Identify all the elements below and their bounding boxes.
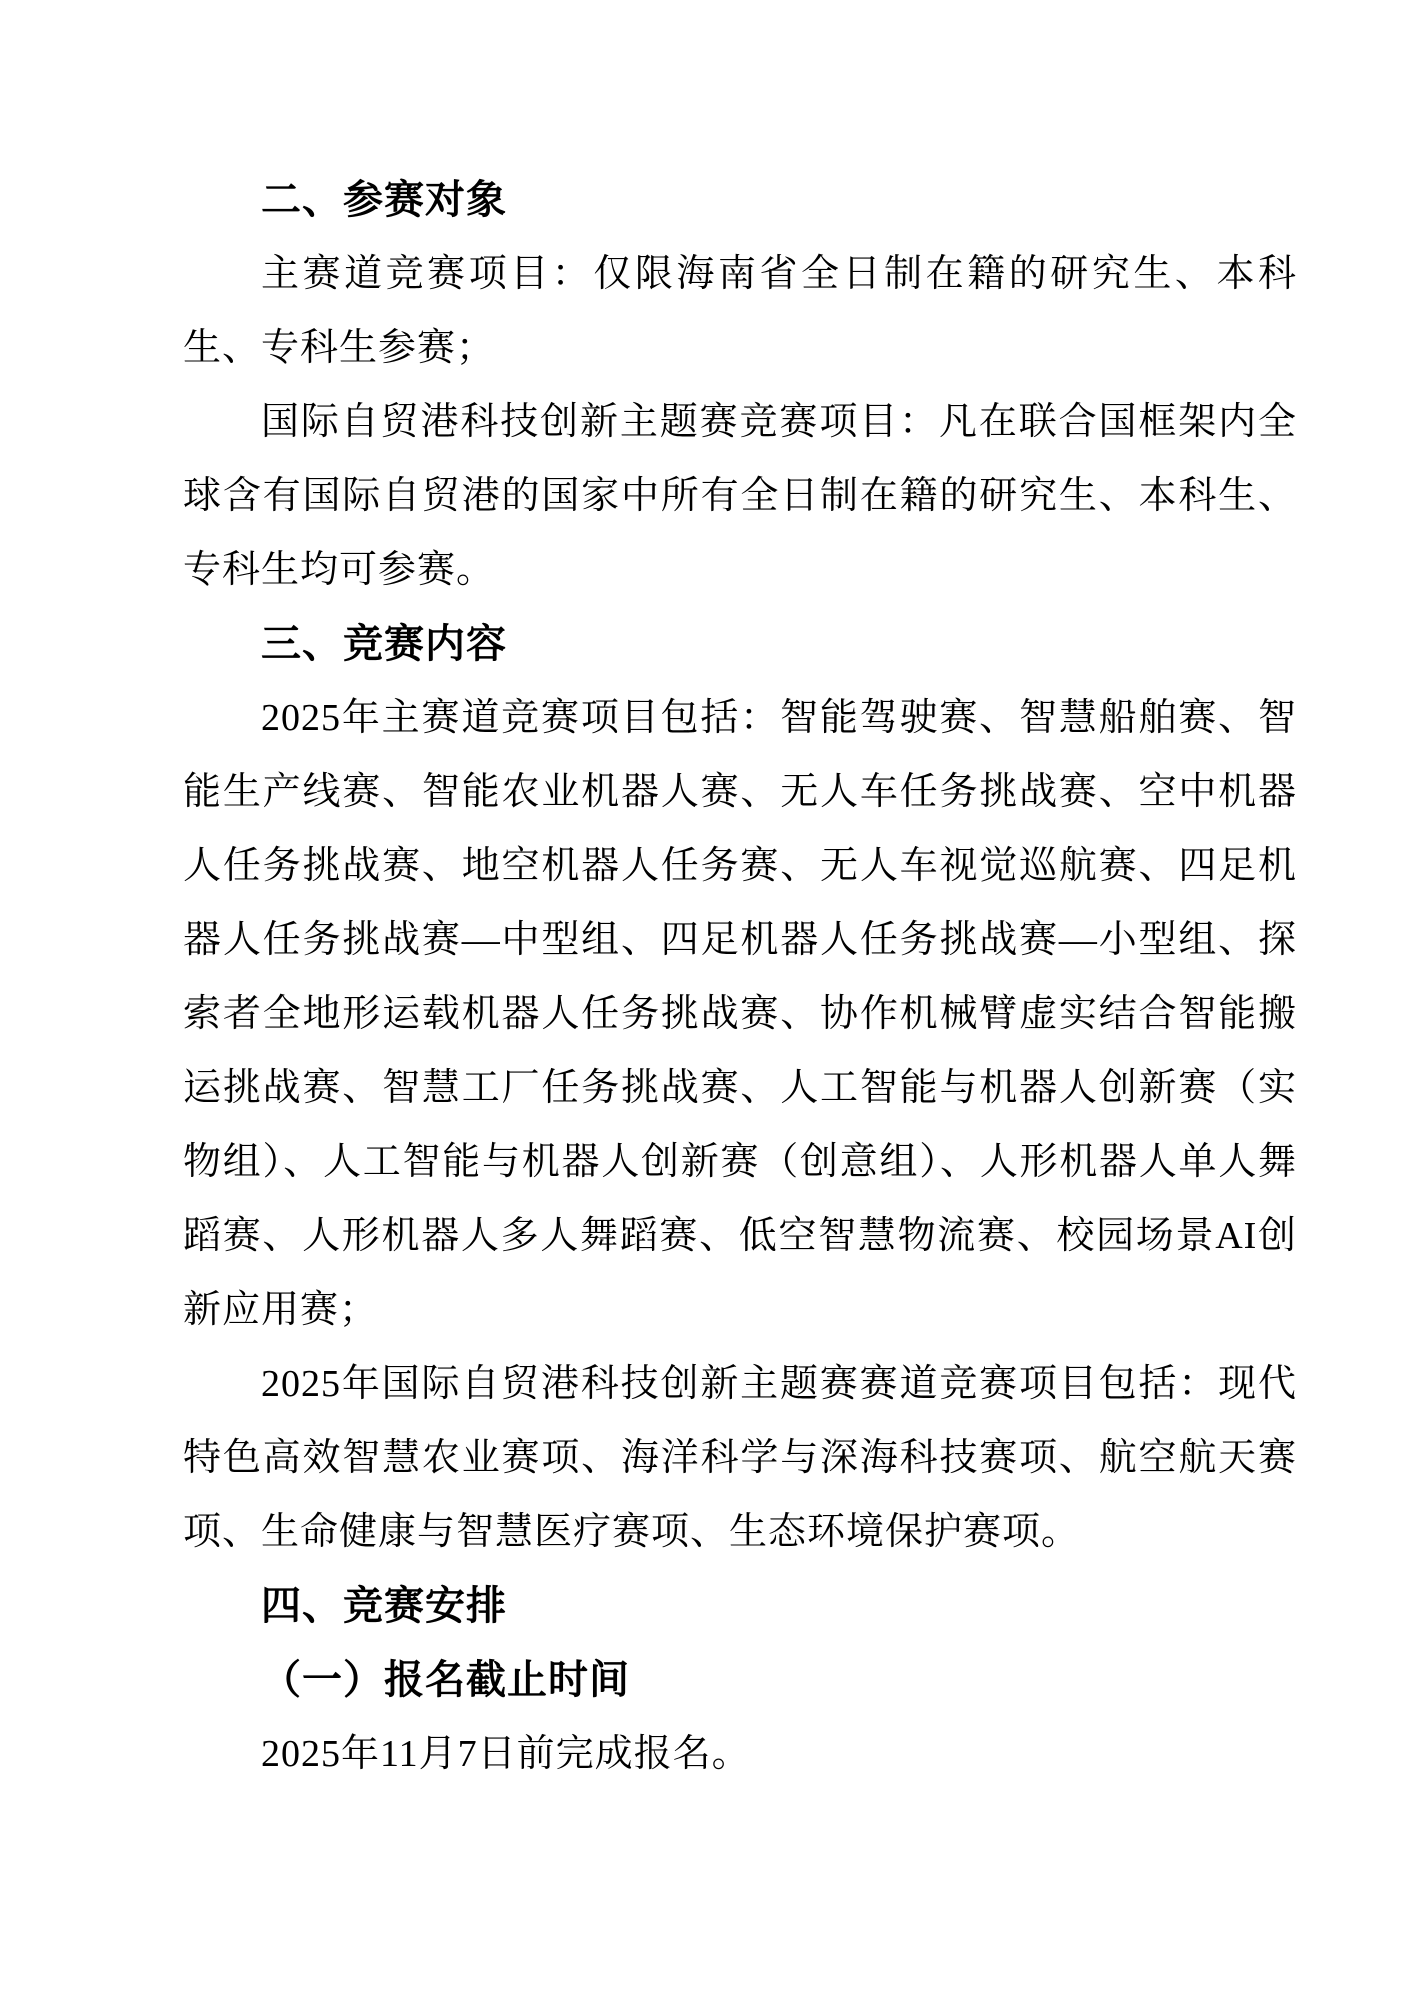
document-page: 二、参赛对象 主赛道竞赛项目：仅限海南省全日制在籍的研究生、本科生、专科生参赛；…: [0, 0, 1414, 2000]
document-content: 二、参赛对象 主赛道竞赛项目：仅限海南省全日制在籍的研究生、本科生、专科生参赛；…: [183, 163, 1297, 1791]
paragraph-free-trade-port-eligibility: 国际自贸港科技创新主题赛竞赛项目：凡在联合国框架内全球含有国际自贸港的国家中所有…: [183, 385, 1297, 607]
subheading-registration-deadline: （一）报名截止时间: [183, 1643, 1297, 1717]
paragraph-free-trade-port-events: 2025年国际自贸港科技创新主题赛赛道竞赛项目包括：现代特色高效智慧农业赛项、海…: [183, 1347, 1297, 1569]
paragraph-main-track-events: 2025年主赛道竞赛项目包括：智能驾驶赛、智慧船舶赛、智能生产线赛、智能农业机器…: [183, 681, 1297, 1347]
section-heading-competition-schedule: 四、竞赛安排: [183, 1569, 1297, 1643]
paragraph-registration-deadline-date: 2025年11月7日前完成报名。: [183, 1717, 1297, 1791]
section-heading-competition-content: 三、竞赛内容: [183, 607, 1297, 681]
paragraph-main-track-eligibility: 主赛道竞赛项目：仅限海南省全日制在籍的研究生、本科生、专科生参赛；: [183, 237, 1297, 385]
section-heading-participants: 二、参赛对象: [183, 163, 1297, 237]
